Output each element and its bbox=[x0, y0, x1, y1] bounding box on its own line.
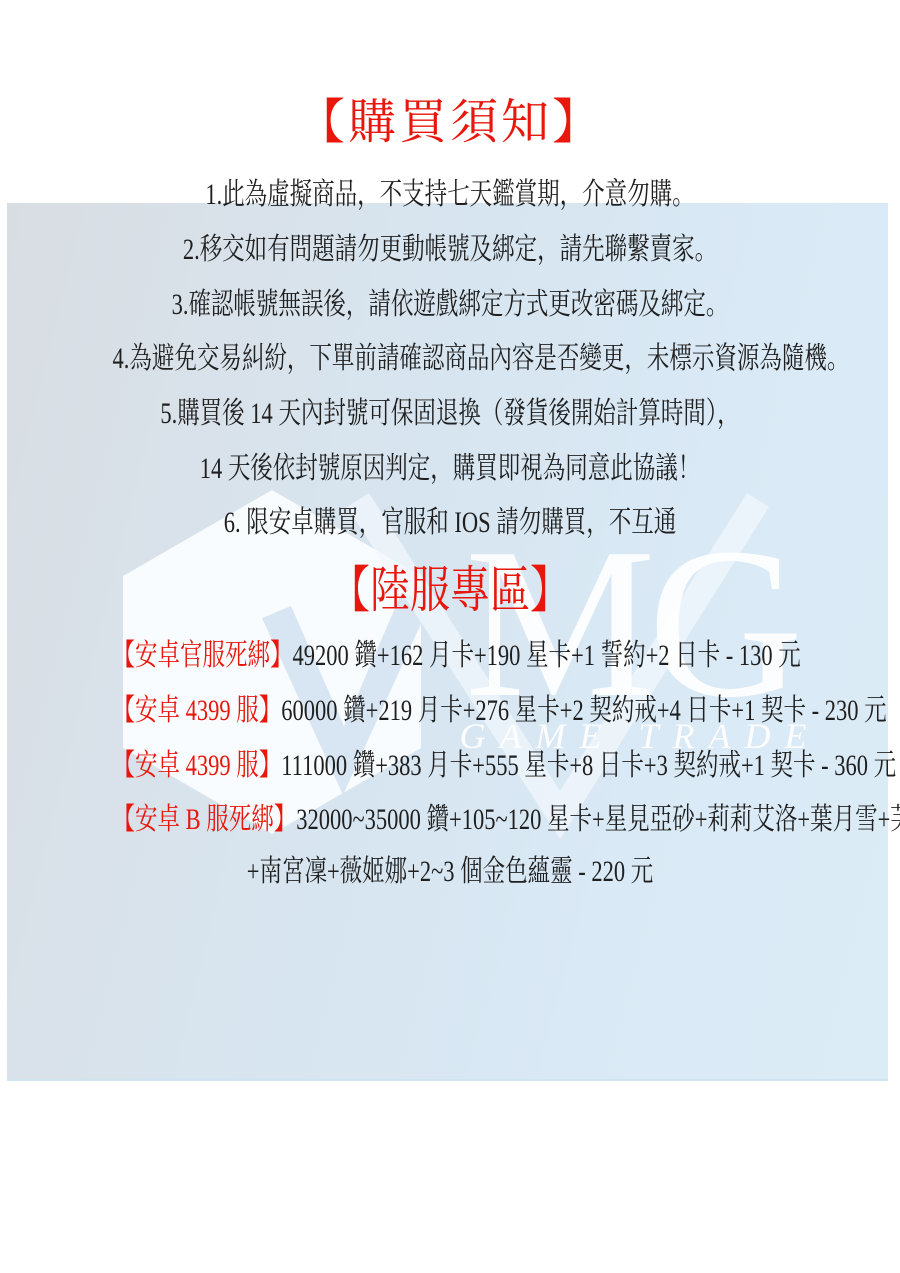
section-title: 【陸服專區】 bbox=[90, 558, 810, 622]
product-line-3: 【安卓 4399 服】111000 鑽+383 月卡+555 星卡+8 日卡+3… bbox=[113, 738, 788, 793]
product-line-2: 【安卓 4399 服】60000 鑽+219 月卡+276 星卡+2 契約戒+4… bbox=[113, 683, 788, 738]
product-line-4-cont: +南宮凜+薇姬娜+2~3 個金色蘊靈 - 220 元 bbox=[113, 844, 788, 899]
notice-line-2: 2.移交如有問題請勿更動帳號及綁定，請先聯繫賣家。 bbox=[113, 222, 788, 277]
notice-line-1: 1.此為虛擬商品，不支持七天鑑賞期，介意勿購。 bbox=[113, 167, 788, 222]
product-label-1: 【安卓官服死綁】 bbox=[113, 639, 293, 672]
product-line-1: 【安卓官服死綁】49200 鑽+162 月卡+190 星卡+1 誓約+2 日卡 … bbox=[113, 628, 788, 683]
notice-line-3: 3.確認帳號無誤後，請依遊戲綁定方式更改密碼及綁定。 bbox=[113, 277, 788, 332]
product-text-4: 32000~35000 鑽+105~120 星卡+星見亞砂+莉莉艾洛+葉月雪+芙… bbox=[296, 803, 900, 836]
product-label-4: 【安卓 B 服死綁】 bbox=[113, 803, 297, 836]
notice-line-5-cont: 14 天後依封號原因判定，購買即視為同意此協議！ bbox=[113, 441, 788, 496]
notice-line-4: 4.為避免交易糾紛，下單前請確認商品內容是否變更，未標示資源為隨機。 bbox=[113, 331, 788, 386]
product-label-2: 【安卓 4399 服】 bbox=[113, 694, 282, 727]
notice-content: 【購買須知】 1.此為虛擬商品，不支持七天鑑賞期，介意勿購。 2.移交如有問題請… bbox=[0, 0, 900, 1273]
product-text-3: 111000 鑽+383 月卡+555 星卡+8 日卡+3 契約戒+1 契卡 -… bbox=[281, 749, 896, 782]
product-text-2: 60000 鑽+219 月卡+276 星卡+2 契約戒+4 日卡+1 契卡 - … bbox=[281, 694, 886, 727]
notice-line-6: 6. 限安卓購買，官服和 IOS 請勿購買，不互通 bbox=[113, 495, 788, 550]
product-text-1: 49200 鑽+162 月卡+190 星卡+1 誓約+2 日卡 - 130 元 bbox=[293, 639, 801, 672]
listing-notice-poster: MG GAME TRADE 【購買須知】 1.此為虛擬商品，不支持七天鑑賞期，介… bbox=[0, 0, 900, 1273]
notice-line-5: 5.購買後 14 天內封號可保固退換（發貨後開始計算時間）， bbox=[113, 386, 788, 441]
product-label-3: 【安卓 4399 服】 bbox=[113, 749, 282, 782]
product-line-4: 【安卓 B 服死綁】32000~35000 鑽+105~120 星卡+星見亞砂+… bbox=[113, 792, 788, 847]
page-title: 【購買須知】 bbox=[0, 88, 900, 158]
